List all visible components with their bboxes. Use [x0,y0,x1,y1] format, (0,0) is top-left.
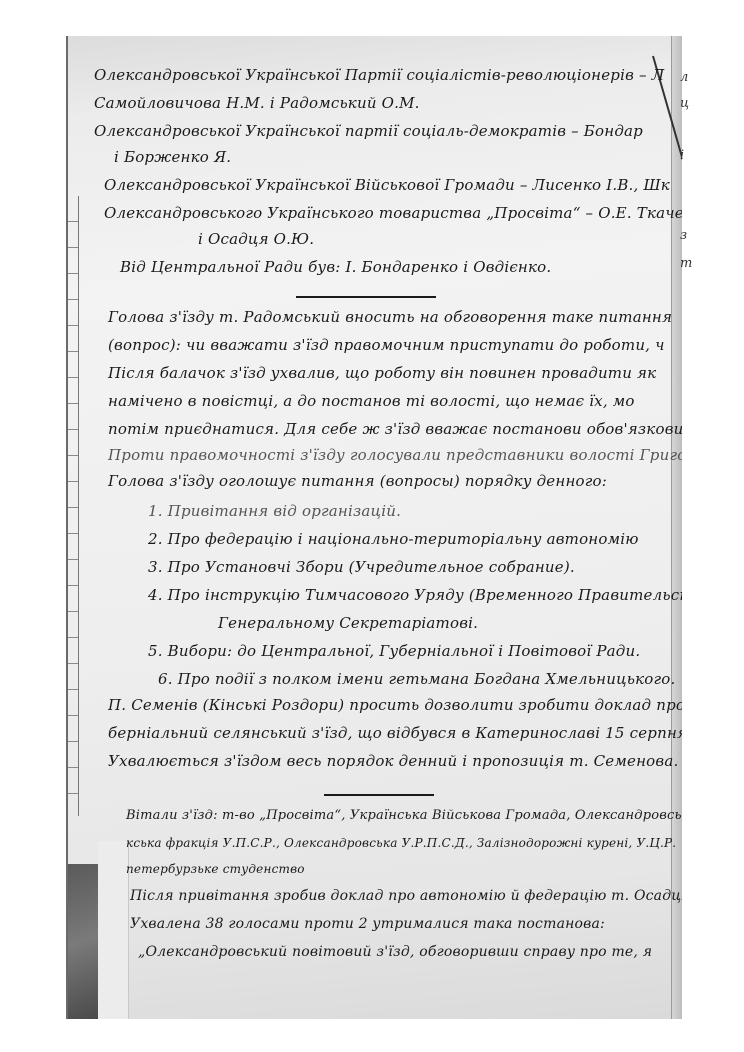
text-line: Вітали з'їзд: т-во „Просвіта“, Українськ… [126,808,682,823]
text-line: і Борженко Я. [114,148,231,166]
paper-edge [671,36,682,1019]
text-line: Проти правомочності з'їзду голосували пр… [108,446,682,464]
margin-fragment: ц [680,96,689,111]
agenda-item: 2. Про федерацію і національно-територіа… [148,530,639,548]
margin-fragment: з [680,228,687,243]
section-divider [296,296,436,298]
document-page: Олександровської Української Партії соці… [66,36,682,1019]
torn-corner [68,864,98,1019]
section-divider [324,794,434,796]
text-line: Голова з'їзду т. Радомський вносить на о… [108,308,672,326]
text-line: берніальний селянський з'їзд, що відбувс… [108,724,682,742]
agenda-item: Генеральному Секретаріатові. [218,614,478,632]
text-line: потім приєднатися. Для себе ж з'їзд вваж… [108,420,682,438]
margin-fragment: т [680,256,692,271]
text-line: Після балачок з'їзд ухвалив, що роботу в… [108,364,656,382]
text-line: намічено в повістці, а до постанов ті во… [108,392,635,410]
text-line: Ухвалена 38 голосами проти 2 утрималися … [130,916,605,932]
ledger-margin [68,196,79,816]
text-line: кська фракція У.П.С.Р., Олександровська … [126,836,676,850]
text-line: петербурзьке студенство [126,862,305,876]
text-line: Олександровської Української Партії соці… [94,66,664,84]
text-line: Олександровського Українського товариств… [104,204,682,222]
text-line: Голова з'їзду оголошує питання (вопросы)… [108,472,607,490]
paper-strip [98,841,129,1019]
agenda-item: 1. Привітання від організацій. [148,502,401,520]
agenda-item: 3. Про Установчі Збори (Учредительное со… [148,558,575,576]
text-line: „Олександровський повітовий з'їзд, обгов… [138,944,652,960]
text-line: Від Центральної Ради був: І. Бондаренко … [120,258,551,276]
text-line: Олександровської Української партії соці… [94,122,643,140]
text-line: П. Семенів (Кінські Роздори) просить доз… [108,696,682,714]
text-line: Самойловичова Н.М. і Радомський О.М. [94,94,420,112]
text-line: і Осадця О.Ю. [198,230,314,248]
text-line: (вопрос): чи вважати з'їзд правомочним п… [108,336,665,354]
text-line: Ухвалюється з'їздом весь порядок денний … [108,752,678,770]
margin-fragment: і [680,148,684,163]
margin-fragment: л [680,70,688,85]
text-line: Після привітання зробив доклад про автон… [130,888,682,904]
text-line: Олександровської Української Військової … [104,176,670,194]
agenda-item: 4. Про інструкцію Тимчасового Уряду (Вре… [148,586,682,604]
agenda-item: 5. Вибори: до Центральної, Губерніальної… [148,642,640,660]
agenda-item: 6. Про події з полком імени гетьмана Бог… [158,670,675,688]
